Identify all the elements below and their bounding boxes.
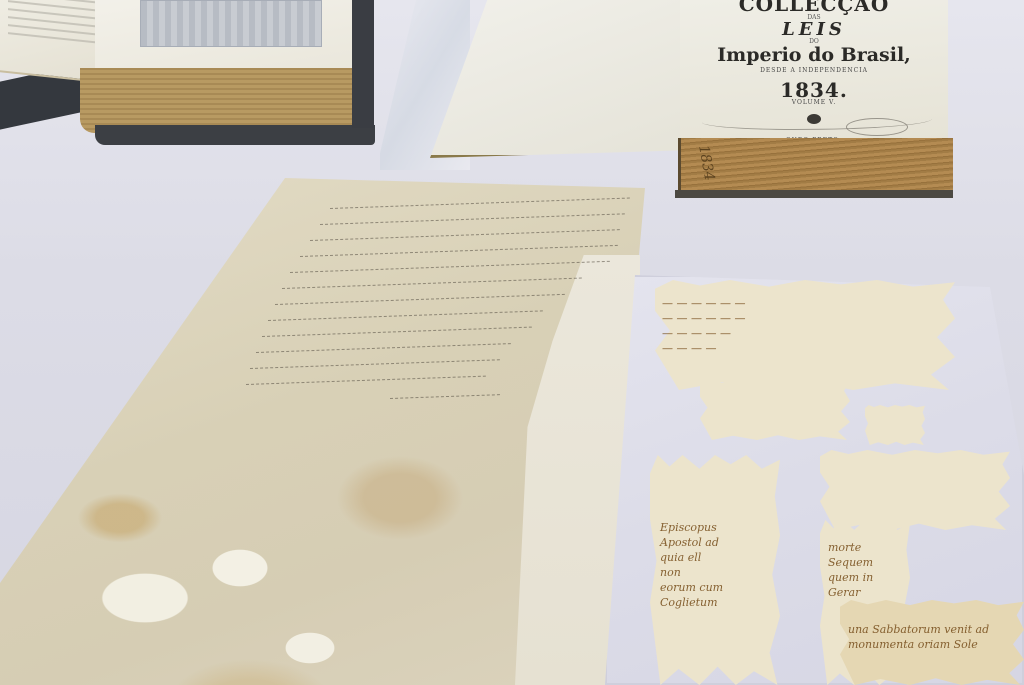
book-left-cover xyxy=(95,125,375,145)
fragment-text: — — — — — —— — — — — —— — — — —— — — — xyxy=(662,296,745,356)
book-left-page-edge xyxy=(80,68,370,133)
title-leis: LEIS xyxy=(680,21,948,39)
fragment-text: morte Sequem quem in Gerar xyxy=(828,540,873,600)
oval-stamp-icon xyxy=(846,118,908,136)
title-page: COLLECÇÃO DAS LEIS DO Imperio do Brasil,… xyxy=(680,0,948,140)
title-imperio: Imperio do Brasil, xyxy=(680,46,948,65)
book-right-page-edge: 1834 xyxy=(678,138,953,193)
halftone-illustration xyxy=(140,0,322,47)
fragment-top-lower xyxy=(700,380,850,440)
title-year: 1834. xyxy=(680,80,948,100)
fragment-bottom-right-top xyxy=(820,450,1010,530)
book-collecao-das-leis: COLLECÇÃO DAS LEIS DO Imperio do Brasil,… xyxy=(380,0,960,205)
photo-scene: COLLECÇÃO DAS LEIS DO Imperio do Brasil,… xyxy=(0,0,1024,685)
fragment-small xyxy=(865,405,925,445)
book-left-spine xyxy=(352,0,374,128)
title-collecao: COLLECÇÃO xyxy=(680,0,948,14)
fragment-text: una Sabbatorum venit ad monumenta oriam … xyxy=(848,622,989,652)
fragment-text: Episcopus Apostol ad quia ell non eorum … xyxy=(660,520,723,610)
title-volume: VOLUME V. xyxy=(680,100,948,106)
open-book-left xyxy=(0,0,380,150)
title-desde: DESDE A INDEPENDENCIA xyxy=(680,68,948,74)
edge-inscription: 1834 xyxy=(695,144,717,182)
book-right-cover xyxy=(675,190,953,198)
